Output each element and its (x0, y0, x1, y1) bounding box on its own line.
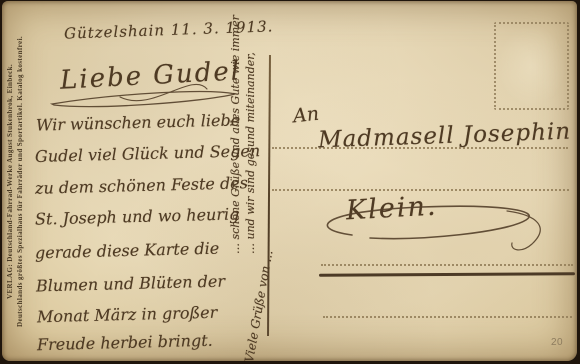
publisher-imprint-line1: VERLAG: Deutschland-Fahrrad-Werke August… (5, 3, 15, 359)
postcard-back: VERLAG: Deutschland-Fahrrad-Werke August… (2, 1, 577, 361)
message-line-6: Blumen und Blüten der (36, 272, 225, 296)
address-recipient-surname: Klein. (345, 191, 438, 227)
message-line-3: zu dem schönen Feste des (35, 173, 248, 198)
publisher-imprint: VERLAG: Deutschland-Fahrrad-Werke August… (5, 3, 25, 359)
salutation: Liebe Gudel (59, 56, 241, 95)
closing-note: Viele Grüße von … (242, 249, 276, 363)
message-line-1: Wir wünschen euch liebe (36, 110, 241, 134)
message-line-7: Monat März in großer (37, 303, 218, 327)
margin-note-line-1: … schöne Grüße und alles Gute wie immer (228, 8, 243, 254)
address-guide-line-4 (323, 316, 572, 318)
message-line-8: Freude herbei bringt. (37, 331, 213, 355)
message-line-5: gerade diese Karte die (35, 239, 220, 263)
margin-note: … schöne Grüße und alles Gute wie immer … (228, 8, 258, 254)
address-guide-line-3 (321, 264, 573, 266)
message-line-4: St. Joseph und wo heurig (35, 204, 240, 228)
stamp-box (494, 22, 569, 110)
margin-note-line-2: … und wir sind gesund miteinander, (243, 8, 258, 254)
plate-number: 20 (551, 337, 563, 348)
address-rule-line (319, 272, 575, 277)
address-intro: An (292, 103, 320, 128)
publisher-imprint-line2: Deutschlands größtes Spezialhaus für Fah… (15, 3, 25, 359)
message-line-2: Gudel viel Glück und Segen (35, 141, 261, 166)
